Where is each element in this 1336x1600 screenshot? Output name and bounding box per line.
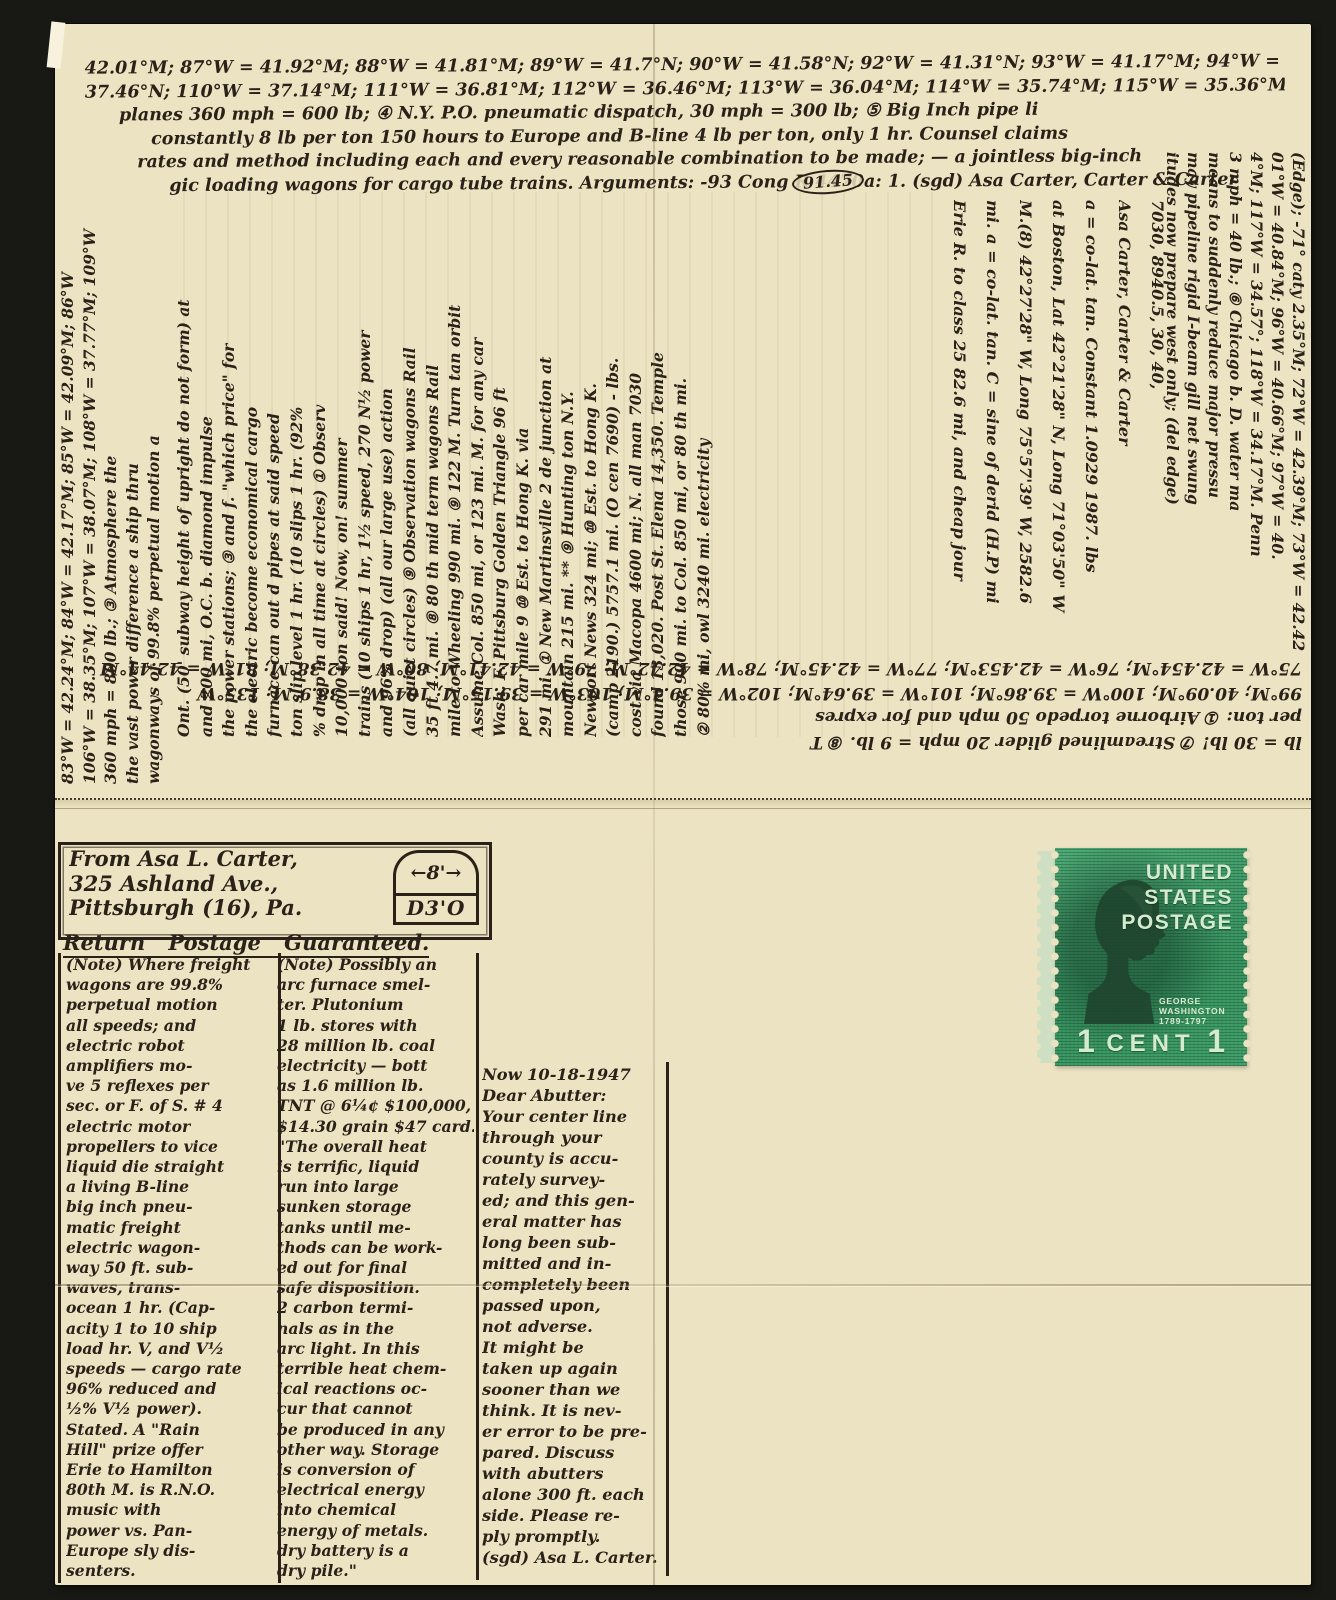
handwriting-line: 99°M; 40.09°M; 100°W = 39.86°M; 101°W = … [97,681,1302,706]
handwriting-line: mi. a = co-lat. tan. C = sine of derid (… [976,200,1009,725]
handwriting-line: ed out for final [277,1258,474,1278]
tunnel-depth-label: D3'O [393,893,479,925]
return-address-box: From Asa L. Carter,325 Ashland Ave.,Pitt… [58,842,492,940]
handwriting-line: sunken storage [277,1197,474,1217]
handwriting-line: sec. or F. of S. # 4 [66,1096,276,1116]
handwriting-line: ocean 1 hr. (Cap- [66,1298,276,1318]
handwriting-line: senters. [66,1561,276,1581]
postage-stamp-area: UNITEDSTATESPOSTAGE GEORGEWASHINGTON1789… [1037,848,1249,1066]
handwriting-line: electrical energy [277,1480,474,1500]
return-address-lines: From Asa L. Carter,325 Ashland Ave.,Pitt… [69,847,389,921]
handwriting-line: Dear Abutter: [482,1085,664,1106]
handwriting-line: is conversion of [277,1460,474,1480]
handwriting-line: nals as in the [277,1319,474,1339]
handwriting-line: Asa Carter, Carter & Carter [1108,200,1141,725]
handwriting-line: per ton: ① Airborne torpedo 50 mph and f… [97,705,1302,730]
handwriting-line: 2 carbon termi- [277,1298,474,1318]
handwriting-line: dry battery is a [277,1541,474,1561]
handwriting-line: $14.30 grain $47 card. [277,1117,474,1137]
handwriting-line: rately survey- [482,1169,664,1190]
handwriting-line: county is accu- [482,1148,664,1169]
handwriting-line: perpetual motion [66,995,276,1015]
return-address-line: From Asa L. Carter, [69,847,389,872]
handwriting-line: Europe sly dis- [66,1541,276,1561]
handwriting-line: Your center line [482,1106,664,1127]
handwriting-line: think. It is nev- [482,1400,664,1421]
handwriting-line: electric robot [66,1036,276,1056]
handwriting-line: lb = 30 lb! ⑦ Streamlined glider 20 mph … [97,730,1302,755]
handwriting-line: long been sub- [482,1232,664,1253]
handwriting-line: (Note) Where freight [66,955,276,975]
handwriting-line: 1 lb. stores with [277,1016,474,1036]
tunnel-sketch: ←8'→ D3'O [393,850,479,925]
message-bottom-lines-upside-down: lb = 30 lb! ⑦ Streamlined glider 20 mph … [97,656,1302,754]
handwriting-line: with abutters [482,1463,664,1484]
handwriting-line: into chemical [277,1500,474,1520]
handwriting-line: power vs. Pan- [66,1521,276,1541]
handwriting-line: amplifiers mo- [66,1056,276,1076]
stamp-country-line: UNITED [1121,860,1233,885]
handwriting-line: wagons are 99.8% [66,975,276,995]
handwriting-line: pared. Discuss [482,1442,664,1463]
return-address-line: 325 Ashland Ave., [69,872,389,897]
letter-column: Now 10-18-1947Dear Abutter:Your center l… [474,1062,669,1576]
handwriting-line: big inch pneu- [66,1197,276,1217]
handwriting-line: acity 1 to 10 ship [66,1319,276,1339]
vertical-crease [653,24,655,1585]
handwriting-line: sooner than we [482,1379,664,1400]
handwriting-line: be produced in any [277,1420,474,1440]
handwriting-line: cur that cannot [277,1399,474,1419]
handwriting-line: thods can be work- [277,1238,474,1258]
handwriting-line: matic freight [66,1218,276,1238]
handwriting-line: ed; and this gen- [482,1190,664,1211]
handwriting-line: a living B-line [66,1177,276,1197]
handwriting-line: Erie to Hamilton [66,1460,276,1480]
handwriting-line: mitted and in- [482,1253,664,1274]
handwriting-line: all speeds; and [66,1016,276,1036]
handwriting-line: electric motor [66,1117,276,1137]
handwriting-line: waves, trans- [66,1278,276,1298]
handwriting-line: ical reactions oc- [277,1379,474,1399]
handwriting-line: ter. Plutonium [277,995,474,1015]
note-column-2: (Note) Possibly anarc furnace smel-ter. … [271,953,479,1580]
handwriting-line: as 1.6 million lb. [277,1076,474,1096]
handwriting-line: (sgd) Asa L. Carter. [482,1547,664,1568]
handwriting-line: passed upon, [482,1295,664,1316]
handwriting-line: a = co-lat. tan. Constant 1.0929 1987. l… [1075,200,1108,725]
handwriting-line: at Boston, Lat 42°21'28" N, Long 71°03'5… [1042,200,1075,725]
tunnel-width-label: ←8'→ [393,850,479,893]
stamp-subject-line: GEORGE [1159,996,1225,1006]
stamp-subject-line: WASHINGTON [1159,1006,1225,1016]
handwriting-line: arc furnace smel- [277,975,474,995]
handwriting-line: not adverse. [482,1316,664,1337]
handwriting-line: ½% V½ power). [66,1399,276,1419]
postcard-scan: 42.01°M; 87°W = 41.92°M; 88°W = 41.81°M;… [0,0,1336,1600]
handwriting-line: 75°W = 42.454°M; 76°W = 42.453°M; 77°W =… [97,656,1302,681]
handwriting-line: electric wagon- [66,1238,276,1258]
denomination-numeral-right: 1 [1207,1023,1225,1060]
stamp-country-text: UNITEDSTATESPOSTAGE [1121,860,1233,935]
handwriting-line: er error to be pre- [482,1421,664,1442]
handwriting-line: is terrific, liquid [277,1157,474,1177]
handwriting-line: way 50 ft. sub- [66,1258,276,1278]
message-center-right-block: 7030, 8940.5, 30, 40,Asa Carter, Carter … [939,200,1174,725]
handwriting-line: safe disposition. [277,1278,474,1298]
stamp-subject-text: GEORGEWASHINGTON1789-1797 [1159,996,1225,1026]
handwriting-line: run into large [277,1177,474,1197]
handwriting-line: (Note) Possibly an [277,955,474,975]
one-cent-washington-stamp: UNITEDSTATESPOSTAGE GEORGEWASHINGTON1789… [1055,848,1247,1066]
handwriting-line: Erie R. to class 25 82.6 mi, and cheap j… [943,200,976,725]
stamp-country-line: POSTAGE [1121,910,1233,935]
handwriting-line: music with [66,1500,276,1520]
message-top-lines: 42.01°M; 87°W = 41.92°M; 88°W = 41.81°M;… [85,50,1286,198]
handwriting-line: terrible heat chem- [277,1359,474,1379]
handwriting-line: 28 million lb. coal [277,1036,474,1056]
handwriting-line: TNT @ 6¼¢ $100,000, [277,1096,474,1116]
handwriting-line: arc light. In this [277,1339,474,1359]
handwriting-line: electricity — bott [277,1056,474,1076]
handwriting-line: ve 5 reflexes per [66,1076,276,1096]
handwriting-line: eral matter has [482,1211,664,1232]
handwriting-line: liquid die straight [66,1157,276,1177]
horizontal-crease [55,1284,1311,1286]
handwriting-line: 80th M. is R.N.O. [66,1480,276,1500]
handwriting-line: dry pile." [277,1561,474,1581]
stamp-country-line: STATES [1121,885,1233,910]
return-address-line: Pittsburgh (16), Pa. [69,896,389,921]
handwriting-line: through your [482,1127,664,1148]
handwriting-line: alone 300 ft. each [482,1484,664,1505]
handwriting-line: "The overall heat [277,1137,474,1157]
handwriting-line: propellers to vice [66,1137,276,1157]
handwriting-line: other way. Storage [277,1440,474,1460]
handwriting-line: Now 10-18-1947 [482,1064,664,1085]
handwriting-line: 96% reduced and [66,1379,276,1399]
handwriting-line: It might be [482,1337,664,1358]
handwriting-line: ply promptly. [482,1526,664,1547]
handwriting-line: side. Please re- [482,1505,664,1526]
handwriting-line: Hill" prize offer [66,1440,276,1460]
handwriting-line: Stated. A "Rain [66,1420,276,1440]
note-column-1: (Note) Where freightwagons are 99.8%perp… [58,953,281,1583]
postal-card: 42.01°M; 87°W = 41.92°M; 88°W = 41.81°M;… [55,24,1311,1585]
handwriting-line: speeds — cargo rate [66,1359,276,1379]
handwriting-line: M.(8) 42°27'28" W, Long 75°57'39' W, 258… [1009,200,1042,725]
handwriting-line: taken up again [482,1358,664,1379]
handwriting-line: energy of metals. [277,1521,474,1541]
handwriting-line: 83°W = 42.24°M; 84°W = 42.17°M; 85°W = 4… [57,164,79,784]
handwriting-line: load hr. V, and V½ [66,1339,276,1359]
handwriting-line: tanks until me- [277,1218,474,1238]
fold-perforation-line [55,798,1311,809]
